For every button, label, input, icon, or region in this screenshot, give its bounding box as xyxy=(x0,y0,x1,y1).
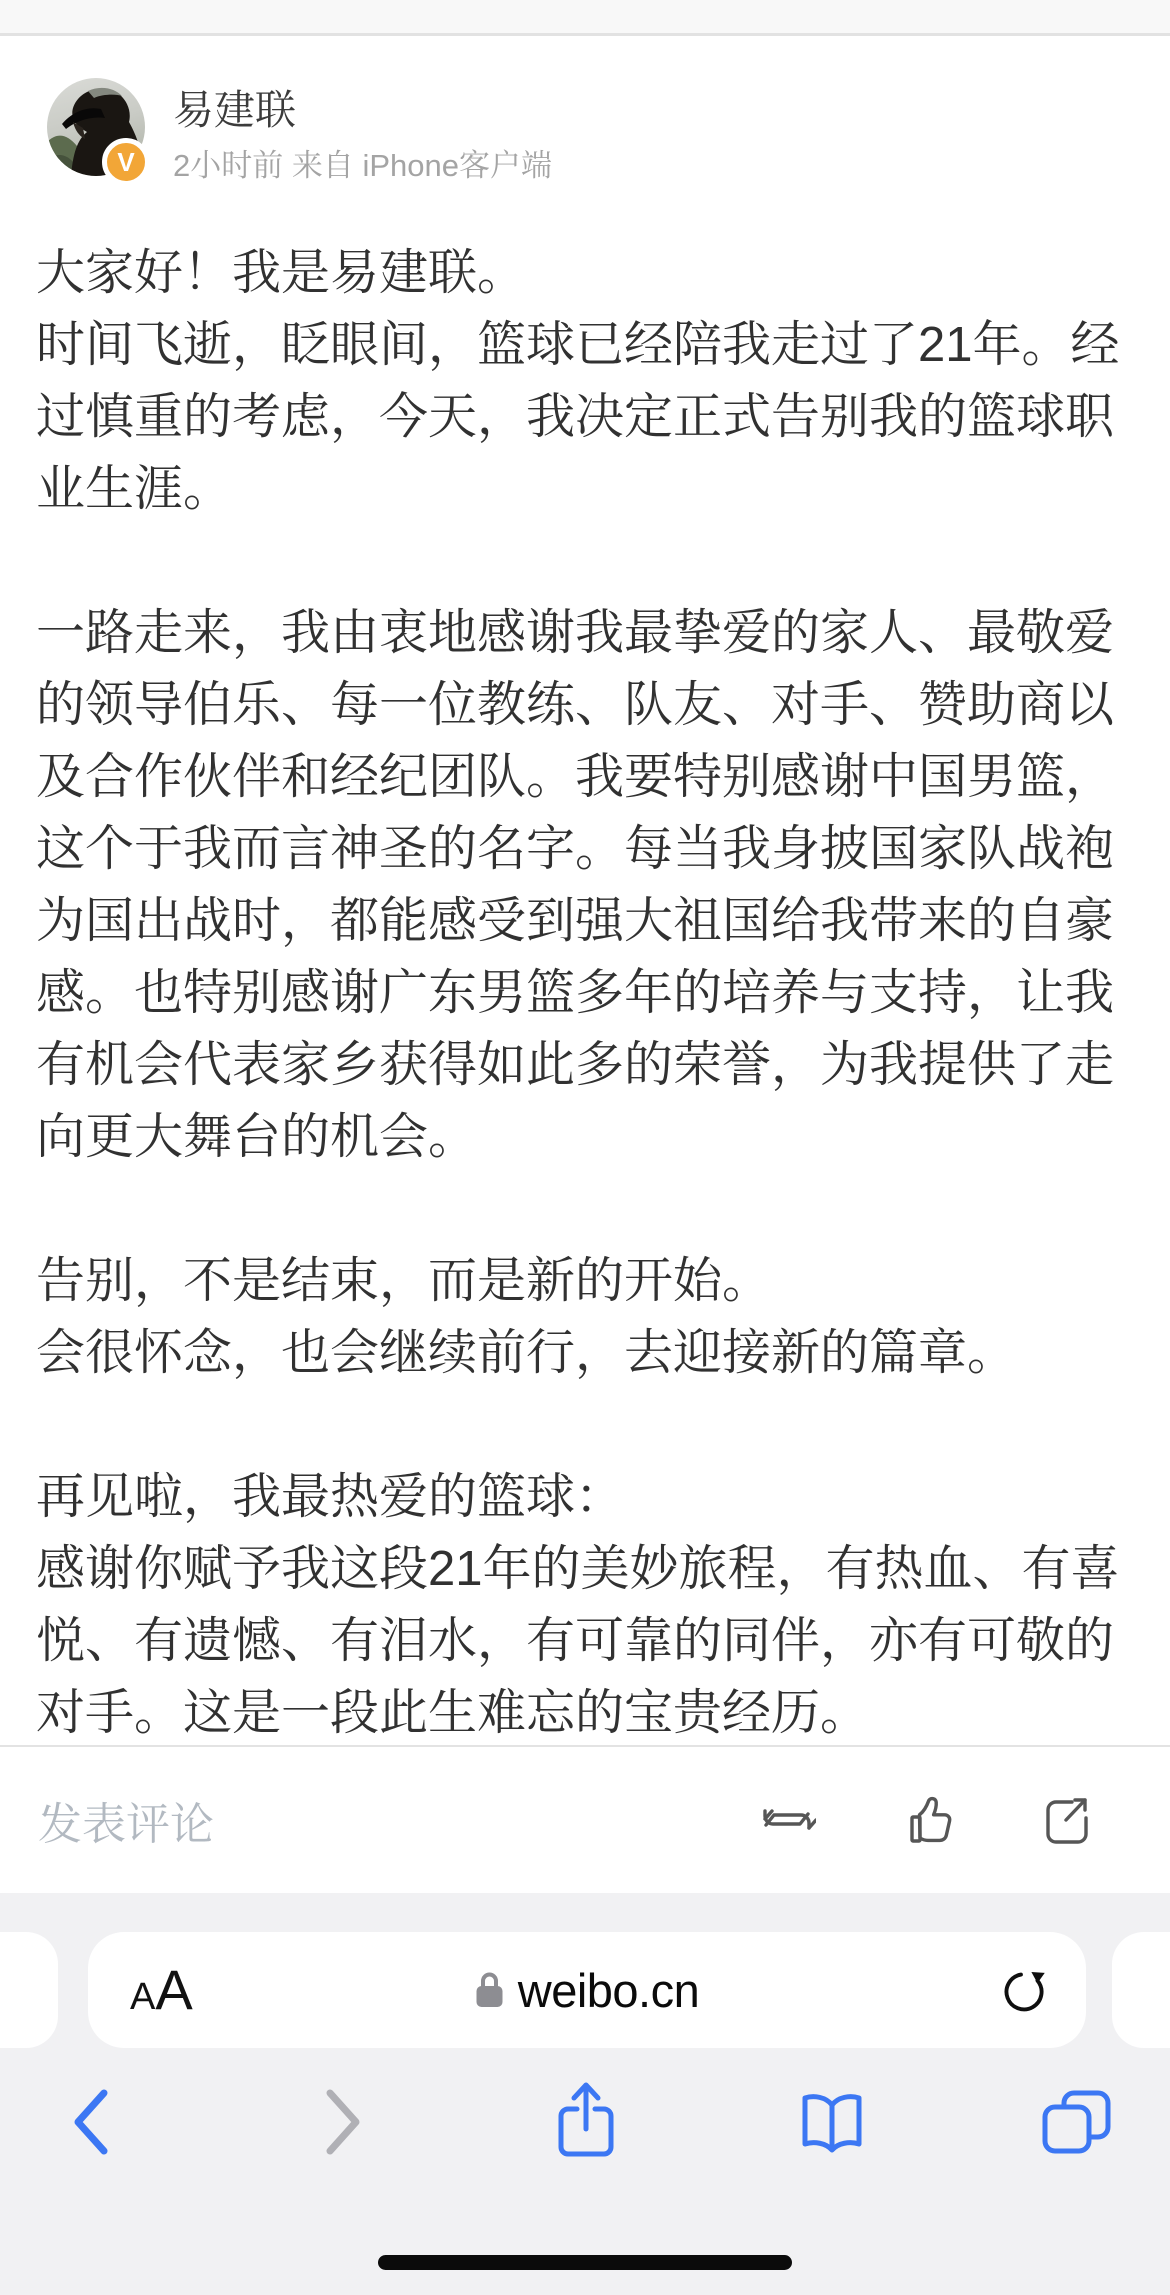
previous-tab-stub[interactable] xyxy=(0,1932,58,2048)
comment-input[interactable]: 发表评论 xyxy=(38,1747,214,1893)
forward-icon xyxy=(316,2087,368,2157)
forward-button[interactable] xyxy=(316,2087,368,2162)
tabs-button[interactable] xyxy=(1042,2090,1112,2161)
safari-bottom-bar: AA weibo.cn xyxy=(0,1893,1170,2295)
user-name[interactable]: 易建联 xyxy=(173,86,296,134)
post-meta: 2小时前 来自 iPhone客户端 xyxy=(173,147,552,185)
url-display: weibo.cn xyxy=(88,1932,1086,2048)
comment-bar: 发表评论 xyxy=(0,1745,1170,1893)
reload-button[interactable] xyxy=(1000,1932,1048,2048)
reload-icon xyxy=(1000,1964,1048,2016)
share-icon xyxy=(1044,1796,1090,1844)
home-indicator[interactable] xyxy=(378,2255,792,2270)
share-post-button[interactable] xyxy=(1044,1747,1090,1893)
url-text: weibo.cn xyxy=(518,1963,700,2018)
status-band xyxy=(0,0,1170,36)
like-button[interactable] xyxy=(903,1747,959,1893)
repost-icon xyxy=(758,1795,816,1845)
thumbs-up-icon xyxy=(903,1793,959,1847)
back-button[interactable] xyxy=(66,2087,118,2162)
share-sheet-icon xyxy=(556,2081,616,2159)
tabs-icon xyxy=(1042,2090,1112,2156)
verified-badge: V xyxy=(102,138,150,186)
repost-button[interactable] xyxy=(758,1747,816,1893)
bookmarks-button[interactable] xyxy=(797,2092,867,2161)
share-sheet-button[interactable] xyxy=(556,2081,616,2164)
post-body: 大家好！我是易建联。 时间飞逝，眨眼间，篮球已经陪我走过了21年。经 过慎重的考… xyxy=(36,237,1146,1749)
screen: V 易建联 2小时前 来自 iPhone客户端 大家好！我是易建联。 时间飞逝，… xyxy=(0,0,1170,2295)
verified-badge-letter: V xyxy=(117,149,134,175)
back-icon xyxy=(66,2087,118,2157)
url-bar[interactable]: AA weibo.cn xyxy=(88,1932,1086,2048)
lock-icon xyxy=(475,1970,504,2010)
next-tab-stub[interactable] xyxy=(1112,1932,1170,2048)
bookmarks-icon xyxy=(797,2092,867,2156)
